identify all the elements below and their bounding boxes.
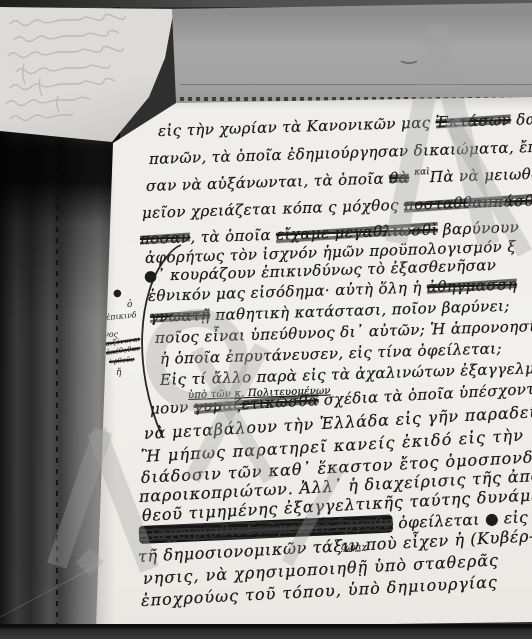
crossed-out-text: γνωατῇ: [150, 306, 211, 326]
inserted-word: καὶ: [414, 167, 430, 177]
text-segment: , τὰ ὁποῖα: [190, 226, 276, 247]
ink-blot: ●: [144, 267, 158, 285]
band-crease-line: [180, 84, 532, 85]
margin-note: ὁ: [127, 300, 132, 310]
text-segment: μουν: [150, 398, 195, 418]
text-segment: Πὰ νὰ μειωθοῦνε: [430, 164, 532, 186]
crossed-out-text: ποσαν: [140, 228, 191, 248]
margin-note: ἤ: [116, 368, 121, 378]
crossed-out-text: Ἐκτάσων: [435, 111, 511, 131]
pen-curl-mark: [398, 52, 420, 64]
text-segment: βαρύνουν: [437, 218, 519, 239]
text-segment: εἰς: [498, 508, 528, 527]
crossed-out-text: ἀθηγμασση: [427, 275, 518, 296]
crossed-out-text: θὰ: [389, 169, 410, 188]
text-segment: δα-: [511, 110, 532, 129]
bottom-surface-strip: [0, 624, 532, 639]
ink-blot: ●: [485, 510, 499, 529]
margin-note: ●: [113, 288, 122, 299]
background-crease: [56, 150, 58, 630]
manuscript-photo: εἰς τὴν χωρίαν τὰ Κανονικῶν μας Ἐκτάσων …: [0, 0, 532, 639]
